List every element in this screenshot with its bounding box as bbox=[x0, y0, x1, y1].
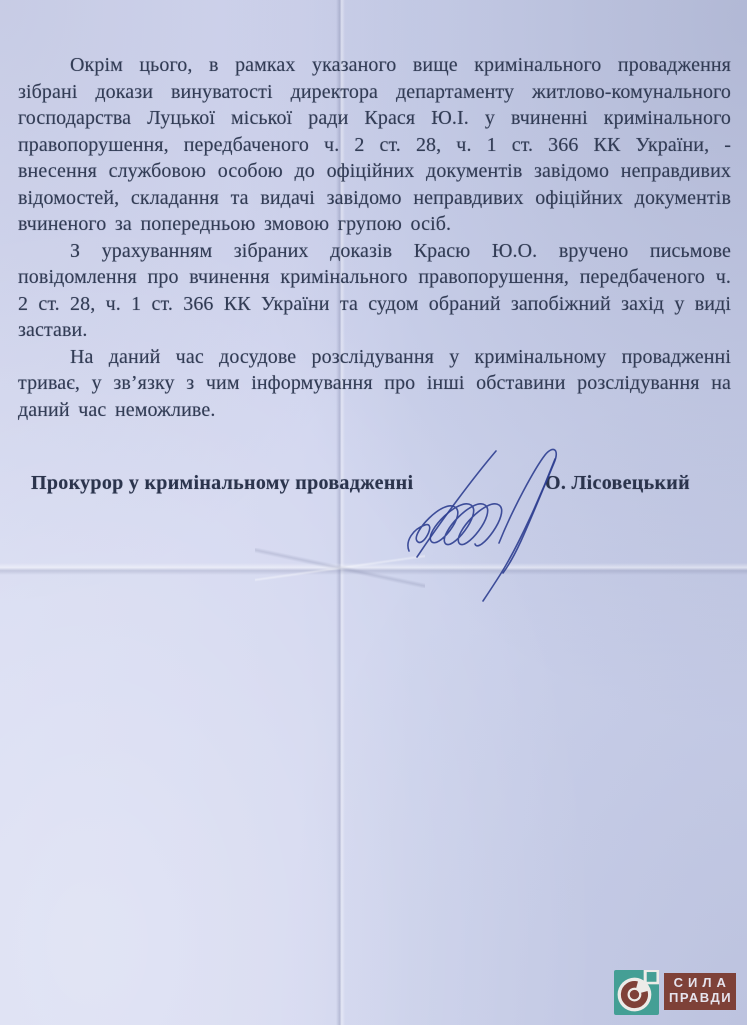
watermark-text-block: СИЛА ПРАВДИ bbox=[664, 973, 736, 1010]
signature-stroke-ascender bbox=[499, 449, 556, 573]
sila-pravdy-watermark: СИЛА ПРАВДИ bbox=[614, 970, 736, 1015]
document-body-text: Окрім цього, в рамках указаного вище кри… bbox=[18, 52, 731, 423]
center-crease-marks bbox=[255, 548, 425, 588]
scanned-document-page: Окрім цього, в рамках указаного вище кри… bbox=[0, 0, 747, 1025]
paragraph-1: Окрім цього, в рамках указаного вище кри… bbox=[18, 52, 731, 238]
logo-corner-square bbox=[647, 972, 657, 982]
paragraph-2: З урахуванням зібраних доказів Красю Ю.О… bbox=[18, 238, 731, 344]
watermark-line-2: ПРАВДИ bbox=[669, 991, 732, 1006]
logo-center-dot bbox=[630, 990, 639, 999]
sila-pravdy-logo-icon bbox=[614, 970, 659, 1015]
signature-stroke-loops bbox=[408, 504, 502, 551]
signatory-role-label: Прокурор у кримінальному провадженні bbox=[31, 472, 413, 495]
watermark-line-1: СИЛА bbox=[669, 976, 736, 991]
handwritten-signature-icon bbox=[403, 423, 598, 598]
paragraph-3: На даний час досудове розслідування у кр… bbox=[18, 344, 731, 424]
